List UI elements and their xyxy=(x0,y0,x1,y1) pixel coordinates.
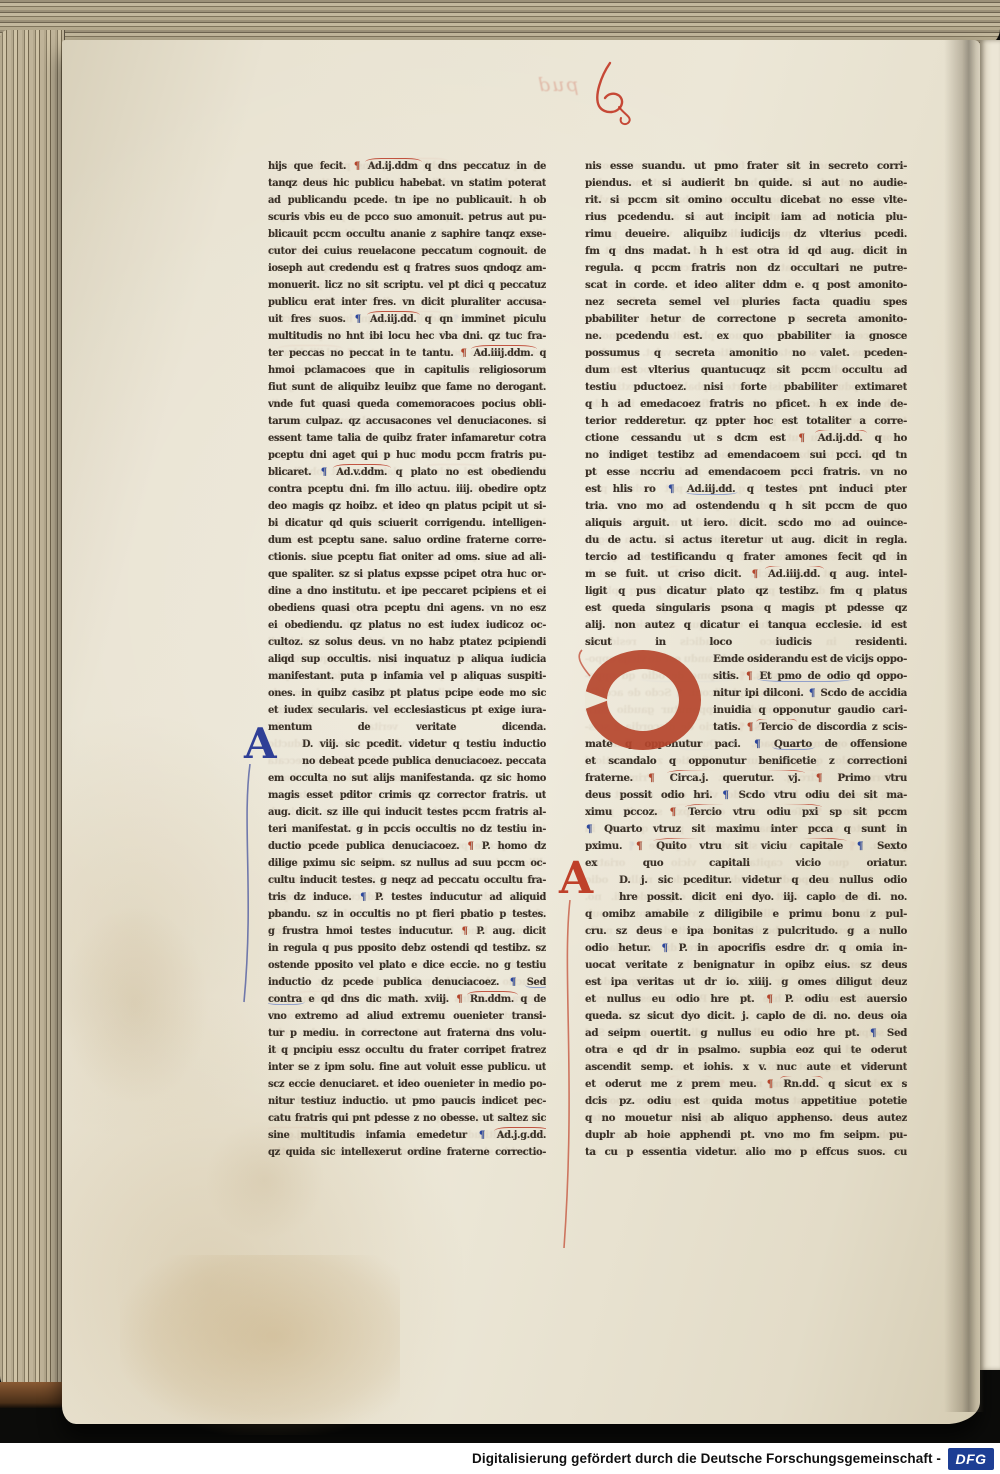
red-rubric-stroke: Ad.ij.dd. xyxy=(818,432,863,444)
text-line: em occulta no sut alijs manifestanda. qz… xyxy=(268,770,546,787)
paragraph-mark-blue: ¶ xyxy=(509,977,517,988)
text-line: hre possit. dicit eni dyo. iij. caplo de… xyxy=(585,889,907,906)
text-line: qz quida sic intellexerut ordine fratern… xyxy=(268,1144,546,1161)
text-line: deus possit odio hri. ¶ Scdo vtru odiu d… xyxy=(585,787,907,804)
blue-initial-flourish xyxy=(240,764,260,1004)
red-rubric-stroke: Ad.iiij.ddm. xyxy=(474,348,534,359)
text-line: cultoz. sz solus deus. vn no habz ptatez… xyxy=(268,634,546,651)
text-line: fraterne. ¶ Circa.j. querutur. vj. ¶ Pri… xyxy=(585,770,907,787)
blue-rubric-stroke: Quarto xyxy=(774,738,812,750)
text-line: cutor dei cuius reuelacone peccatum cogn… xyxy=(268,243,546,260)
text-line: et scandalo q opponutur benificetie z co… xyxy=(585,753,907,770)
page-gutter-shadow xyxy=(944,40,984,1412)
text-line: it q pncipiu essz occultu du frater corr… xyxy=(268,1042,546,1059)
manuscript-column-left: hijs que fecit. ¶ Ad.ij.ddm q dns peccat… xyxy=(268,158,546,1161)
text-line: est hlis ro ¶ Ad.iij.dd. q testes pnt in… xyxy=(585,481,907,498)
text-line: hmoi pclamacoes que in capitulis religio… xyxy=(268,362,546,379)
paragraph-mark-blue: ¶ xyxy=(478,1130,486,1141)
text-line: catu fratris qui pnt pdesse z no obesse.… xyxy=(268,1110,546,1127)
text-line: g frustra hmoi testes inducutur. ¶ P. au… xyxy=(268,923,546,940)
paragraph-mark-red: ¶ xyxy=(751,568,759,580)
text-line: ximu pccoz. ¶ Tercio vtru odiu pxi sp si… xyxy=(585,804,907,821)
text-line: pbabiliter hetur de correctone p secreta… xyxy=(585,311,907,328)
paragraph-mark-red: ¶ xyxy=(766,1078,774,1090)
text-line: deo magis qz hoibz. et ideo qn platus pc… xyxy=(268,498,546,515)
dfg-logo: DFG xyxy=(948,1448,994,1470)
text-line: manifestant. puta p infamia vel p aliqua… xyxy=(268,668,546,685)
text-line: q no mouetur nisi ab aliquo apphenso. de… xyxy=(585,1110,907,1127)
text-line: dum est vlterius quantucuqz sit pccm occ… xyxy=(585,362,907,379)
text-line: tria. vno mo ad ostendendu q h sit pccm … xyxy=(585,498,907,515)
text-line: vno extremo ad aliud extremu ouenieter t… xyxy=(268,1008,546,1025)
paragraph-mark-red: ¶ xyxy=(797,432,805,444)
text-line: tur p mediu. in correctone aut fraterna … xyxy=(268,1025,546,1042)
paragraph-mark-red: ¶ xyxy=(745,670,753,682)
text-line: D. j. sic pceditur. videtur q deu nullus… xyxy=(585,872,907,889)
text-line: aug. dicit. sz ille qui inducit testes p… xyxy=(268,804,546,821)
text-line: pt esse nccriu ad emendacoem pcci fratri… xyxy=(585,464,907,481)
text-line: aliquis arguit. ut iero. dicit. scdo mo … xyxy=(585,515,907,532)
text-line: bi dicatur qd quis sciuerit corrigendu. … xyxy=(268,515,546,532)
text-line: nis esse suandu. ut pmo frater sit in se… xyxy=(585,158,907,175)
text-line: aliqd sup occultis. nisi inquatuz p aliq… xyxy=(268,651,546,668)
text-line: q omibz amabile z diligibile e primu bon… xyxy=(585,906,907,923)
text-line: ta cu p essentia videtur. alio mo p effc… xyxy=(585,1144,907,1161)
text-line: blicauit pccm occultu ananie z saphire t… xyxy=(268,226,546,243)
text-line: ioseph aut credendu est q fratres suos q… xyxy=(268,260,546,277)
text-line: ctionis. siue pceptu fiat oniter ad oms.… xyxy=(268,549,546,566)
text-line: cultu inducit testes. g neqz ad peccatu … xyxy=(268,872,546,889)
blue-rubric-stroke: Ad.iij.dd. xyxy=(687,483,736,495)
text-line: pbandu. sz in occultis no pt fieri pbati… xyxy=(268,906,546,923)
text-line: nitur testiuz inductio. ut pmo paucis in… xyxy=(268,1093,546,1110)
text-line: et oderut me z prem meu. ¶ Rn.dd. q sicu… xyxy=(585,1076,907,1093)
text-line: m se fuit. ut criso dicit. ¶ Ad.iiij.dd.… xyxy=(585,566,907,583)
paragraph-mark-red: ¶ xyxy=(635,840,643,852)
text-line: regula. q pccm fratris non dz occultari … xyxy=(585,260,907,277)
text-line: pximu. ¶ Quito vtru sit viciu capitale ¶… xyxy=(585,838,907,855)
parchment-stain xyxy=(120,1255,400,1435)
text-line: fm q dns madat. h h est otra id qd aug. … xyxy=(585,243,907,260)
text-line: ter peccas no peccat in te tantu. ¶ Ad.i… xyxy=(268,345,546,362)
red-rubric-stroke: Circa.j. querutur. vj. xyxy=(670,772,801,784)
red-rubric-stroke: Ad.ij.ddm xyxy=(368,161,418,172)
text-line: tarum culpaz. qz accusacones vel denucia… xyxy=(268,413,546,430)
text-line: obediens quasi otra pceptu dni agens. vn… xyxy=(268,600,546,617)
text-line: ligit q pus dicatur plato qz testibz. fm… xyxy=(585,583,907,600)
text-line: no debeat pcede publica denuciacoez. pec… xyxy=(268,753,546,770)
text-line: otra e qd dr in psalmo. supbia eoz qui t… xyxy=(585,1042,907,1059)
text-line: teri manifestat. g in pccis occultis no … xyxy=(268,821,546,838)
text-line: ad seipm ouertit. g nullus eu odio hre p… xyxy=(585,1025,907,1042)
text-line: rius pcedendu. si aut incipit iam ad not… xyxy=(585,209,907,226)
paragraph-mark-blue: ¶ xyxy=(354,314,362,325)
text-line: dcis pz. odiu est quida motus appetitiue… xyxy=(585,1093,907,1110)
text-line: inter se z ipm solu. fine aut voluit ess… xyxy=(268,1059,546,1076)
text-line: ductio pcede publica denuciacoez. ¶ P. h… xyxy=(268,838,546,855)
paragraph-mark-blue: ¶ xyxy=(585,823,593,835)
text-line: dilige pximu sic seipm. sz nullus ad suu… xyxy=(268,855,546,872)
text-line: D. viij. sic pcedit. videtur q testiu in… xyxy=(268,736,546,753)
paragraph-mark-red: ¶ xyxy=(461,926,469,937)
footer-credit-text: Digitalisierung gefördert durch die Deut… xyxy=(472,1451,941,1466)
paragraph-mark-blue: ¶ xyxy=(359,892,367,903)
paragraph-mark-red: ¶ xyxy=(467,841,475,852)
red-rubric-stroke: Ad.j.g.dd. xyxy=(497,1130,546,1141)
red-rubric-stroke: Ad.v.ddm. xyxy=(336,467,387,478)
text-line: terior redderetur. qz ppter hoc est tota… xyxy=(585,413,907,430)
red-rubric-stroke: Ad.iiij.dd. xyxy=(768,568,820,580)
text-line: dum est pceptu sane. saluo ordine frater… xyxy=(268,532,546,549)
book-left-page-edges xyxy=(0,30,65,1390)
text-line: scz eccie denuciaret. et ideo ouenieter … xyxy=(268,1076,546,1093)
text-line: ¶ Quarto vtruz sit maximu inter pcca q s… xyxy=(585,821,907,838)
text-line: uocat veritate z benignatur in opibz eiu… xyxy=(585,957,907,974)
text-line: cru. sz deus e ipa bonitas z pulcritudo.… xyxy=(585,923,907,940)
text-line: pceptu dni aget qui p huc modu pccm frat… xyxy=(268,447,546,464)
paragraph-mark-red: ¶ xyxy=(353,161,361,172)
text-line: q h ad emedacoez fratris no pficet. h ex… xyxy=(585,396,907,413)
text-line: sine multitudis infamia emedetur ¶ Ad.j.… xyxy=(268,1127,546,1144)
digitization-footer: Digitalisierung gefördert durch die Deut… xyxy=(0,1443,1000,1474)
text-line: scuris vbis eu de pcco suo amonuit. petr… xyxy=(268,209,546,226)
text-line: in regula q pus pposito debz ostendi qd … xyxy=(268,940,546,957)
ink-show-through-word: pud xyxy=(536,74,579,96)
text-line: contra e qd dns dic math. xviij. ¶ Rn.dd… xyxy=(268,991,546,1008)
text-line: multitudis no hnt ibi locu hec vba dni. … xyxy=(268,328,546,345)
text-line: no indiget testibz ad emendacoem sui pcc… xyxy=(585,447,907,464)
red-rubric-stroke: Rn.ddm. xyxy=(470,994,514,1005)
paragraph-mark-blue: ¶ xyxy=(808,687,816,699)
paragraph-mark-blue: ¶ xyxy=(660,942,668,954)
text-line: inductio dz pcede publica denuciacoez. ¶… xyxy=(268,974,546,991)
text-line: essent tame talia de quibz frater infama… xyxy=(268,430,546,447)
text-line: rit. si pccm sit omino occultu dicebat n… xyxy=(585,192,907,209)
text-line: ne. pcedendu est. ex quo pbabiliter ia g… xyxy=(585,328,907,345)
text-line: blicaret. ¶ Ad.v.ddm. q plato no est obe… xyxy=(268,464,546,481)
blue-rubric-stroke: Sed xyxy=(527,977,546,988)
book-binding-corner xyxy=(0,1382,62,1408)
red-rubric-stroke: Tercio xyxy=(759,721,792,733)
red-rubric-stroke: Rn.dd. xyxy=(783,1078,819,1090)
text-line: uit fres suos. ¶ Ad.iij.dd. q qn imminet… xyxy=(268,311,546,328)
text-line: et nullus eu odio hre pt. ¶ P. odiu est … xyxy=(585,991,907,1008)
text-line: queda. sz sicut dyo dicit. j. caplo de d… xyxy=(585,1008,907,1025)
text-line: tercio ad testificandu q frater amones f… xyxy=(585,549,907,566)
blue-rubric-stroke: contra xyxy=(268,994,302,1005)
text-line: et iudex secularis. vel ecclesiasticus p… xyxy=(268,702,546,719)
text-line: est ipa veritas ut dr io. xiiij. g omes … xyxy=(585,974,907,991)
text-line: du de actu. si actus iteretur ut aug. di… xyxy=(585,532,907,549)
text-line: alij. non autez q dicatur ei tanqua eccl… xyxy=(585,617,907,634)
text-line: ctione cessandu ut s dcm est ¶ Ad.ij.dd.… xyxy=(585,430,907,447)
red-initial-flourish xyxy=(560,900,580,1250)
text-line: nez secreta semel vel pluries facta quad… xyxy=(585,294,907,311)
lombard-initial-red-A: A xyxy=(559,860,593,898)
text-line: tris dz induce. ¶ P. testes inducutur ad… xyxy=(268,889,546,906)
paragraph-mark-blue: ¶ xyxy=(856,840,864,852)
paragraph-mark-blue: ¶ xyxy=(721,789,729,801)
text-line: est queda singularis psona q magis pt pd… xyxy=(585,600,907,617)
paragraph-mark-blue: ¶ xyxy=(320,467,328,478)
text-line: testiu pductoez. nisi forte pbabiliter e… xyxy=(585,379,907,396)
paragraph-mark-blue: ¶ xyxy=(667,483,675,495)
text-line: ascendit semp. et iohis. x v. nuc aute e… xyxy=(585,1059,907,1076)
text-line: rimu deueire. aliquibz iudicijs dz vlter… xyxy=(585,226,907,243)
text-line: duplr ab hoie apphendi pt. vno mo fm sei… xyxy=(585,1127,907,1144)
text-line: que spaliter. sz si platus expsse pcipet… xyxy=(268,566,546,583)
text-line: ex quo capitali vicio oriatur. xyxy=(585,855,907,872)
text-line: scat in corde. et ideo aliter ddm e. q p… xyxy=(585,277,907,294)
blue-rubric-stroke: Et pmo de odio xyxy=(759,670,850,682)
text-line: hijs que fecit. ¶ Ad.ij.ddm q dns peccat… xyxy=(268,158,546,175)
lombard-initial-blue-A: A xyxy=(244,726,277,762)
text-line: vnde fut quasi queda comemoracoes pocius… xyxy=(268,396,546,413)
text-line: fiut sunt de aliquibz leuibz que fame no… xyxy=(268,379,546,396)
lombard-initial-red-D: D xyxy=(576,646,706,754)
text-line: dine a dno institutu. et ipe peccaret pc… xyxy=(268,583,546,600)
folio-mark-handwritten xyxy=(574,60,652,126)
paragraph-mark-red: ¶ xyxy=(459,348,467,359)
red-rubric-stroke: Tercio vtru odiu pxi xyxy=(688,806,818,818)
text-line: tanqz deus hic publicu habebat. vn stati… xyxy=(268,175,546,192)
text-line: ostende pposito vel plato e dice eccie. … xyxy=(268,957,546,974)
paragraph-mark-red: ¶ xyxy=(765,993,773,1005)
text-line: publicu erat inter fres. vn dicit plural… xyxy=(268,294,546,311)
paragraph-mark-blue: ¶ xyxy=(753,738,761,750)
paragraph-mark-red: ¶ xyxy=(647,772,655,784)
text-line: monuerit. licz no sit scriptu. vel pt di… xyxy=(268,277,546,294)
text-line: ones. in quibz casibz pt platus pcipe eo… xyxy=(268,685,546,702)
text-line: contra pceptu dni. fm illo actuu. iiij. … xyxy=(268,481,546,498)
text-line: ei obediendu. qz platus no est iudex iud… xyxy=(268,617,546,634)
red-rubric-stroke: Quito vtru sit viciu capitale xyxy=(656,840,843,852)
text-line: piendus. et si audierit bn quide. si aut… xyxy=(585,175,907,192)
text-line: magis esset pditor crimis qz corrector f… xyxy=(268,787,546,804)
red-rubric-stroke: Ad.iij.dd. xyxy=(370,314,416,325)
paragraph-mark-red: ¶ xyxy=(669,806,677,818)
text-line: odio hetur. ¶ P. in apocrifis esdre dr. … xyxy=(585,940,907,957)
paragraph-mark-red: ¶ xyxy=(815,772,823,784)
text-line: ad publicandu pcede. tn ipe no publicaui… xyxy=(268,192,546,209)
text-line: mentum de veritate dicenda. xyxy=(268,719,546,736)
text-line: possumus q secreta amonitio no valet. pc… xyxy=(585,345,907,362)
parchment-stain xyxy=(60,905,210,1105)
paragraph-mark-red: ¶ xyxy=(746,721,754,733)
digitized-manuscript-photo: pud hijs que fecit. ¶ Ad.ij.ddm q dns pe… xyxy=(0,0,1000,1474)
paragraph-mark-red: ¶ xyxy=(455,994,463,1005)
paragraph-mark-blue: ¶ xyxy=(869,1027,877,1039)
